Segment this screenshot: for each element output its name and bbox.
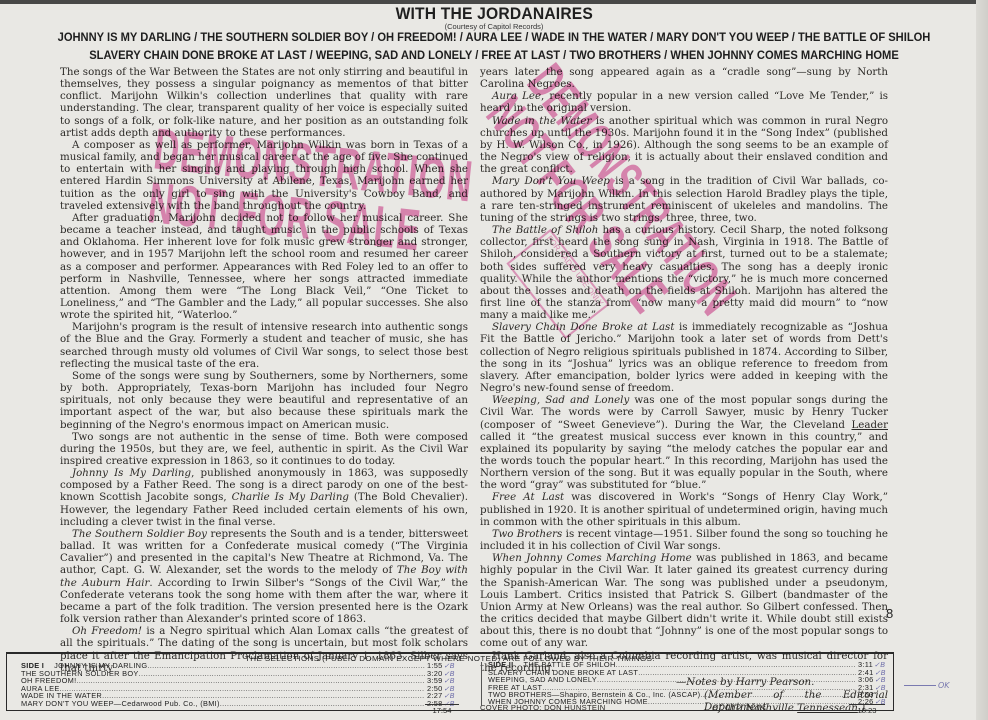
liner-notes-left-column: The songs of the War Between the States … [60,66,468,674]
track-title: WHEN JOHNNY COMES MARCHING HOME [488,699,648,707]
song-title: The Southern Soldier Boy [72,528,207,540]
song-list-line-2: SLAVERY CHAIN DONE BROKE AT LAST / WEEPI… [49,48,938,62]
paragraph: years later the song appeared again as a… [480,66,888,90]
song-title: Oh Freedom! [72,625,142,637]
paragraph-free-at-last: Free At Last was discovered in Work's “S… [480,491,888,527]
leader-dots [616,662,856,670]
side-2-track-list: SIDE IITHE BATTLE OF SHILOH3:11✓BSLAVERY… [481,662,898,706]
page-number: 8 [886,606,893,621]
paragraph-southern-soldier-boy: The Southern Soldier Boy represents the … [60,528,468,625]
pencil-check-mark: ✓B [875,685,886,692]
song-title: When Johnny Comes Marching Home [492,552,692,564]
pencil-check-mark: ✓B [444,671,455,678]
track-title: MARY DON'T YOU WEEP—Cedarwood Pub. Co., … [21,701,220,709]
paragraph-two-brothers: Two Brothers is recent vintage—1951. Sil… [480,528,888,552]
leader-dots [597,677,856,685]
paragraph-aura-lee: Aura Lee, recently popular in a new vers… [480,90,888,114]
paragraph-when-johnny-comes: When Johnny Comes Marching Home was publ… [480,552,888,649]
song-title: Wade in the Water [492,115,591,127]
leader-dots [139,671,425,679]
pencil-check-mark: ✓B [444,663,455,670]
track-row: THE SOUTHERN SOLDIER BOY3:20✓B [21,671,467,679]
song-title: Two Brothers [492,528,562,540]
leader-dots [638,670,856,678]
pencil-mark-line [904,685,936,686]
song-list-line-1: JOHNNY IS MY DARLING / THE SOUTHERN SOLD… [49,30,938,44]
paragraph: After graduation, Marijohn decided not t… [60,212,468,321]
leader-dots [76,678,425,686]
paragraph-mary-dont-you-weep: Mary Don't You Weep is a song in the tra… [480,175,888,224]
paragraph-battle-of-shiloh: The Battle of Shiloh has a curious histo… [480,224,888,321]
leader-dots [220,701,425,709]
paragraph-weeping-sad-and-lonely: Weeping, Sad and Lonely was one of the m… [480,394,888,491]
newspaper-name: Leader [851,419,888,431]
song-title: Charlie Is My Darling [232,491,349,503]
liner-notes-right-column: years later the song appeared again as a… [480,66,888,720]
song-title: Johnny Is My Darling [72,467,191,479]
with-jordanaires-heading: WITH THE JORDANAIRES [395,4,592,24]
pencil-check-mark: ✓B [875,677,886,684]
pencil-check-mark: ✓B [444,693,455,700]
pencil-check-mark: ✓B [444,678,455,685]
track-row: WHEN JOHNNY COMES MARCHING HOME2:26✓B [488,699,898,707]
track-row: WEEPING, SAD AND LONELY3:06✓B [488,677,898,685]
song-title: The Battle of Shiloh [492,224,598,236]
header: WITH THE JORDANAIRES (Courtesy of Capito… [0,2,988,31]
paragraph-johnny-is-my-darling: Johnny Is My Darling, published anonymou… [60,467,468,528]
side-2-total-time: 18:23 [849,704,885,715]
side-1-track-list: SIDE IJOHNNY IS MY DARLING1:55✓BTHE SOUT… [21,663,467,708]
paragraph: Marijohn's program is the result of inte… [60,321,468,370]
paragraph-wade-in-the-water: Wade in the Water is another spiritual w… [480,115,888,176]
track-row: OH FREEDOM!3:59✓B [21,678,467,686]
handwritten-ok-note: OK [938,681,950,690]
selections-box: THE SELECTIONS (PUBLIC DOMAIN EXCEPT WHE… [6,652,894,711]
paragraph: A composer as well as performer, Marijoh… [60,139,468,212]
page-edge [976,0,988,720]
song-title: Slavery Chain Done Broke at Last [492,321,674,333]
paragraph: Two songs are not authentic in the sense… [60,431,468,467]
song-title: Aura Lee [492,90,541,102]
paragraph-slavery-chain: Slavery Chain Done Broke at Last is imme… [480,321,888,394]
paragraph: The songs of the War Between the States … [60,66,468,139]
song-title: Mary Don't You Weep [492,175,610,187]
paragraph: Some of the songs were sung by Southerne… [60,370,468,431]
leader-dots [648,699,856,707]
pencil-check-mark: ✓B [874,662,885,669]
song-title: Weeping, Sad and Lonely [492,394,629,406]
leader-dots [147,663,425,671]
song-title: Free At Last [492,491,564,503]
pencil-check-mark: ✓B [444,686,455,693]
side-1-total-time: 17:54 [425,704,459,715]
pencil-check-mark: ✓B [875,670,886,677]
leader-dots [60,686,425,694]
track-row: MARY DON'T YOU WEEP—Cedarwood Pub. Co., … [21,701,467,709]
